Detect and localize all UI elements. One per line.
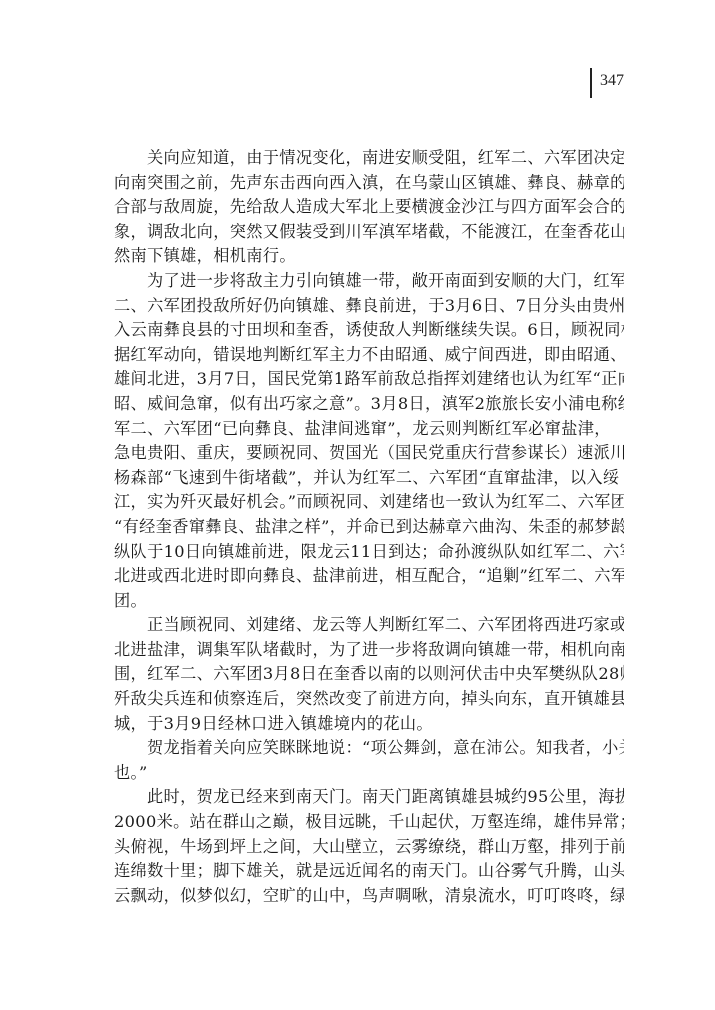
text-line: 象，调敌北向，突然又假装受到川军滇军堵截，不能渡江，在奎香花山突 [114, 220, 624, 245]
text-line: “有经奎香窜彝良、盐津之样”，并命已到达赫章六曲沟、朱歪的郝梦龄 [114, 515, 624, 540]
paragraph-first-line: 此时，贺龙已经来到南天门。南天门距离镇雄县城约95公里，海拔 [114, 785, 624, 810]
text-line: 歼敌尖兵连和侦察连后，突然改变了前进方向，掉头向东，直开镇雄县 [114, 687, 624, 712]
paragraph-first-line: 为了进一步将敌主力引向镇雄一带，敞开南面到安顺的大门，红军 [114, 269, 624, 294]
paragraph-first-line: 正当顾祝同、刘建绪、龙云等人判断红军二、六军团将西进巧家或 [114, 613, 624, 638]
header-rule [590, 68, 592, 98]
text-line: 昭、威间急窜，似有出巧家之意”。3月8日，滇军2旅旅长安小浦电称红 [114, 392, 624, 417]
text-line: 北进或西北进时即向彝良、盐津前进，相互配合，“追剿”红军二、六军 [114, 564, 624, 589]
text-line: 连绵数十里；脚下雄关，就是远近闻名的南天门。山谷雾气升腾，山头白 [114, 859, 624, 884]
text-line: 云飘动，似梦似幻，空旷的山中，鸟声啁啾，清泉流水，叮叮咚咚，绿树 [114, 884, 624, 909]
text-line: 也。” [114, 761, 624, 786]
text-line: 纵队于10日向镇雄前进，限龙云11日到达；命孙渡纵队如红军二、六军团 [114, 540, 624, 565]
body-text: 关向应知道，由于情况变化，南进安顺受阻，红军二、六军团决定向南突围之前，先声东击… [114, 146, 624, 908]
text-line: 军二、六军团“已向彝良、盐津间逃窜”，龙云则判断红军必窜盐津， [114, 417, 624, 442]
text-line: 入云南彝良县的寸田坝和奎香，诱使敌人判断继续失误。6日，顾祝同根 [114, 318, 624, 343]
text-line: 江，实为歼灭最好机会。”而顾祝同、刘建绪也一致认为红军二、六军团 [114, 490, 624, 515]
text-line: 团。 [114, 589, 624, 614]
text-line: 围，红军二、六军团3月8日在奎香以南的以则河伏击中央军樊纵队28师， [114, 662, 624, 687]
text-line: 二、六军团投敌所好仍向镇雄、彝良前进，于3月6日、7日分头由贵州进 [114, 294, 624, 319]
paragraph-first-line: 贺龙指着关向应笑眯眯地说：“项公舞剑，意在沛公。知我者，小关 [114, 736, 624, 761]
text-line: 头俯视，牛场到坪上之间，大山壁立，云雾缭绕，群山万壑，排列于前， [114, 835, 624, 860]
text-line: 合部与敌周旋，先给敌人造成大军北上要横渡金沙江与四方面军会合的假 [114, 195, 624, 220]
page-number: 347 [600, 72, 624, 90]
text-line: 据红军动向，错误地判断红军主力不由昭通、威宁间西进，即由昭通、镇 [114, 343, 624, 368]
text-line: 2000米。站在群山之巅，极目远眺，千山起伏，万壑连绵，雄伟异常；低 [114, 810, 624, 835]
text-line: 向南突围之前，先声东击西向西入滇，在乌蒙山区镇雄、彝良、赫章的结 [114, 171, 624, 196]
text-line: 雄间北进，3月7日，国民党第1路军前敌总指挥刘建绪也认为红军“正向 [114, 367, 624, 392]
text-line: 城，于3月9日经林口进入镇雄境内的花山。 [114, 712, 624, 737]
text-line: 急电贵阳、重庆，要顾祝同、贺国光（国民党重庆行营参谋长）速派川军 [114, 441, 624, 466]
text-line: 杨森部“飞速到牛街堵截”，并认为红军二、六军团“直窜盐津，以入绥 [114, 466, 624, 491]
paragraph-first-line: 关向应知道，由于情况变化，南进安顺受阻，红军二、六军团决定 [114, 146, 624, 171]
text-line: 然南下镇雄，相机南行。 [114, 244, 624, 269]
text-line: 北进盐津，调集军队堵截时，为了进一步将敌调向镇雄一带，相机向南突 [114, 638, 624, 663]
